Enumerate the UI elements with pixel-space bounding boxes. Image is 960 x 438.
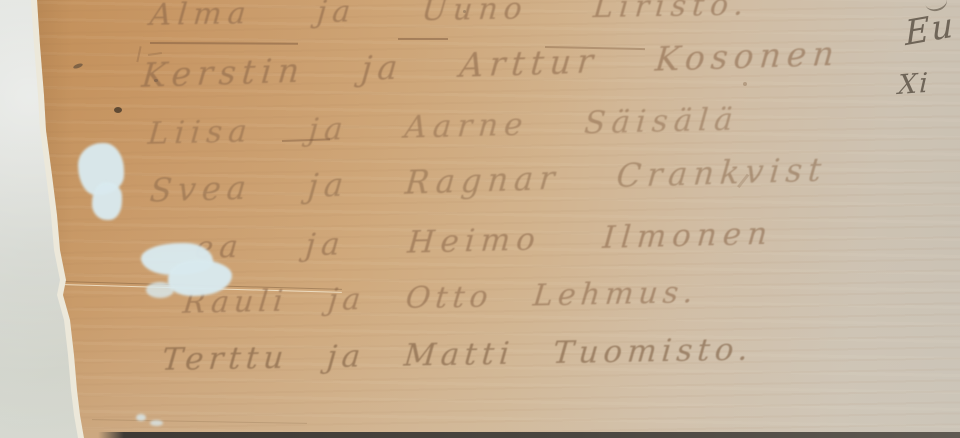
edge-fragment-1: Eu [904,5,955,54]
handwriting-line-7: Terttu ja Matti Tuomisto. [160,332,754,378]
paint-splotch [150,420,163,426]
bottom-shadow-band [98,432,960,438]
paint-splotch [92,182,122,220]
handwriting-line-4: Svea ja Ragnar Crankvist [148,151,828,210]
stray-pen-dot [743,82,747,86]
paint-splotch [146,282,174,298]
wood-knot [114,107,122,113]
stray-pen-stroke [136,46,141,62]
wood-knot [73,62,84,69]
handwriting-line-3: Liisa ja Aarne Säisälä [147,102,741,153]
photo-of-handwritten-name-list: Alma ja Uuno Liristo. Kerstin ja Arttur … [0,0,960,438]
pen-underline [150,42,298,45]
handwriting-line-1: Alma ja Uuno Liristo. [148,0,750,33]
wood-board: Alma ja Uuno Liristo. Kerstin ja Arttur … [0,0,960,438]
edge-fragment-2: Xi [897,68,930,101]
wood-scratch [92,419,307,424]
paint-splotch [136,414,146,421]
pen-underline [398,38,448,40]
handwriting-line-5: ea ja Heimo Ilmonen [194,216,775,266]
handwriting-line-6: Rauli ja Otto Lehmus. [181,275,699,321]
